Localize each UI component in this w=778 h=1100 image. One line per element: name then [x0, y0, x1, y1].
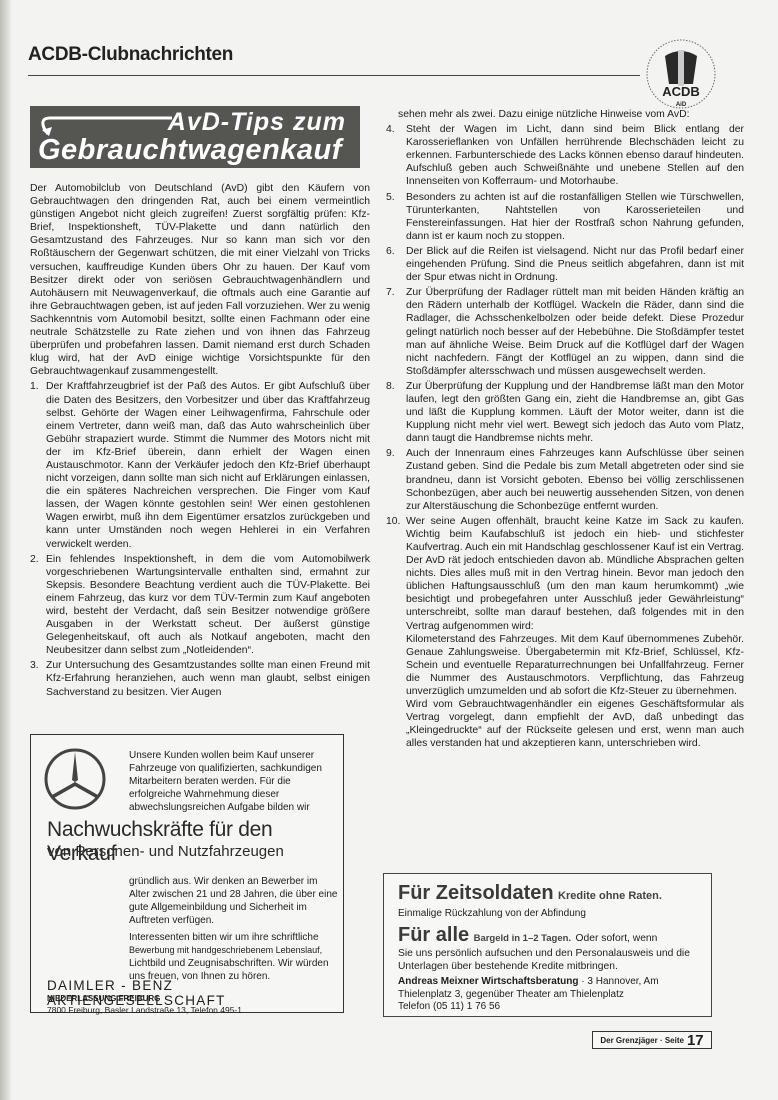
ad-intro: Unsere Kunden wollen beim Kauf unserer F… [129, 749, 339, 814]
tip-item: 2. Ein fehlendes Inspektionsheft, in dem… [30, 553, 370, 658]
article-headline-banner: AvD-Tips zum Gebrauchtwagenkauf [30, 106, 360, 168]
tip-item: 1. Der Kraftfahrzeugbrief ist der Paß de… [30, 380, 370, 550]
article-intro: Der Automobilclub von Deutschland (AvD) … [30, 182, 370, 378]
headline-line-1: AvD-Tips zum [168, 108, 346, 137]
ad-address: 7800 Freiburg, Basler Landstraße 13, Tel… [47, 1005, 242, 1015]
ad-branch: NIEDERLASSUNG FREIBURG [47, 994, 160, 1003]
ad-company-name: DAIMLER - BENZ AKTIENGESELLSCHAFT [47, 978, 343, 1008]
credit-headline-1: Für Zeitsoldaten [398, 882, 554, 904]
tip-item: 5. Besonders zu achten ist auf die rosta… [398, 191, 744, 243]
page-binding-shadow [0, 0, 12, 1100]
svg-text:ACDB: ACDB [662, 84, 700, 99]
headline-line-2: Gebrauchtwagenkauf [38, 134, 342, 167]
ad-body-requirements: gründlich aus. Wir denken an Bewerber im… [129, 875, 339, 927]
section-title: ACDB-Clubnachrichten [28, 44, 233, 66]
tip-item: 6. Der Blick auf die Reifen ist vielsage… [398, 245, 744, 284]
tip-item: 7. Zur Überprüfung der Radlager rüttelt … [398, 286, 744, 378]
tip-item: 8. Zur Überprüfung der Kupplung und der … [398, 380, 744, 445]
header-divider [28, 75, 640, 76]
acdb-emblem-icon: ACDB AiD [645, 38, 717, 110]
article-right-column: sehen mehr als zwei. Dazu einige nützlic… [398, 108, 744, 751]
article-continuation: sehen mehr als zwei. Dazu einige nützlic… [398, 108, 744, 121]
tip-item: 4. Steht der Wagen im Licht, dann sind b… [398, 123, 744, 188]
daimler-benz-job-ad: Unsere Kunden wollen beim Kauf unserer F… [30, 734, 344, 1013]
credit-body: Sie uns persönlich aufsuchen und den Per… [398, 948, 708, 973]
ad-body-application: Interessenten bitten wir um ihre schrift… [129, 931, 339, 983]
publication-name: Der Grenzjäger · Seite [600, 1036, 684, 1045]
mercedes-star-icon [43, 747, 107, 811]
article-closing: Wird vom Gebrauchtwagenhändler ein eigen… [406, 699, 744, 749]
ad-subheadline: von Personen- und Nutzfahrzeugen [47, 843, 284, 860]
credit-tagline-2: Bargeld in 1–2 Tagen. [474, 933, 572, 944]
credit-sub-1: Einmalige Rückzahlung von der Abfindung [398, 908, 586, 919]
article-left-column: Der Automobilclub von Deutschland (AvD) … [30, 182, 370, 699]
contract-details: Kilometerstand des Fahrzeuges. Mit dem K… [406, 634, 744, 697]
page-footer: Der Grenzjäger · Seite 17 [592, 1031, 712, 1049]
tip-item: 9. Auch der Innenraum eines Fahrzeuges k… [398, 447, 744, 512]
credit-headline-2: Für alle [398, 924, 469, 946]
tip-item: 10. Wer seine Augen offenhält, braucht k… [398, 515, 744, 751]
tip-item: 3. Zur Untersuchung des Gesamtzustandes … [30, 659, 370, 698]
credit-tagline-1: Kredite ohne Raten. [558, 890, 662, 902]
page-number: 17 [687, 1032, 704, 1049]
credit-contact: Andreas Meixner Wirtschaftsberatung · 3 … [398, 976, 708, 1014]
credit-ad: Für Zeitsoldaten Kredite ohne Raten. Ein… [383, 873, 712, 1017]
